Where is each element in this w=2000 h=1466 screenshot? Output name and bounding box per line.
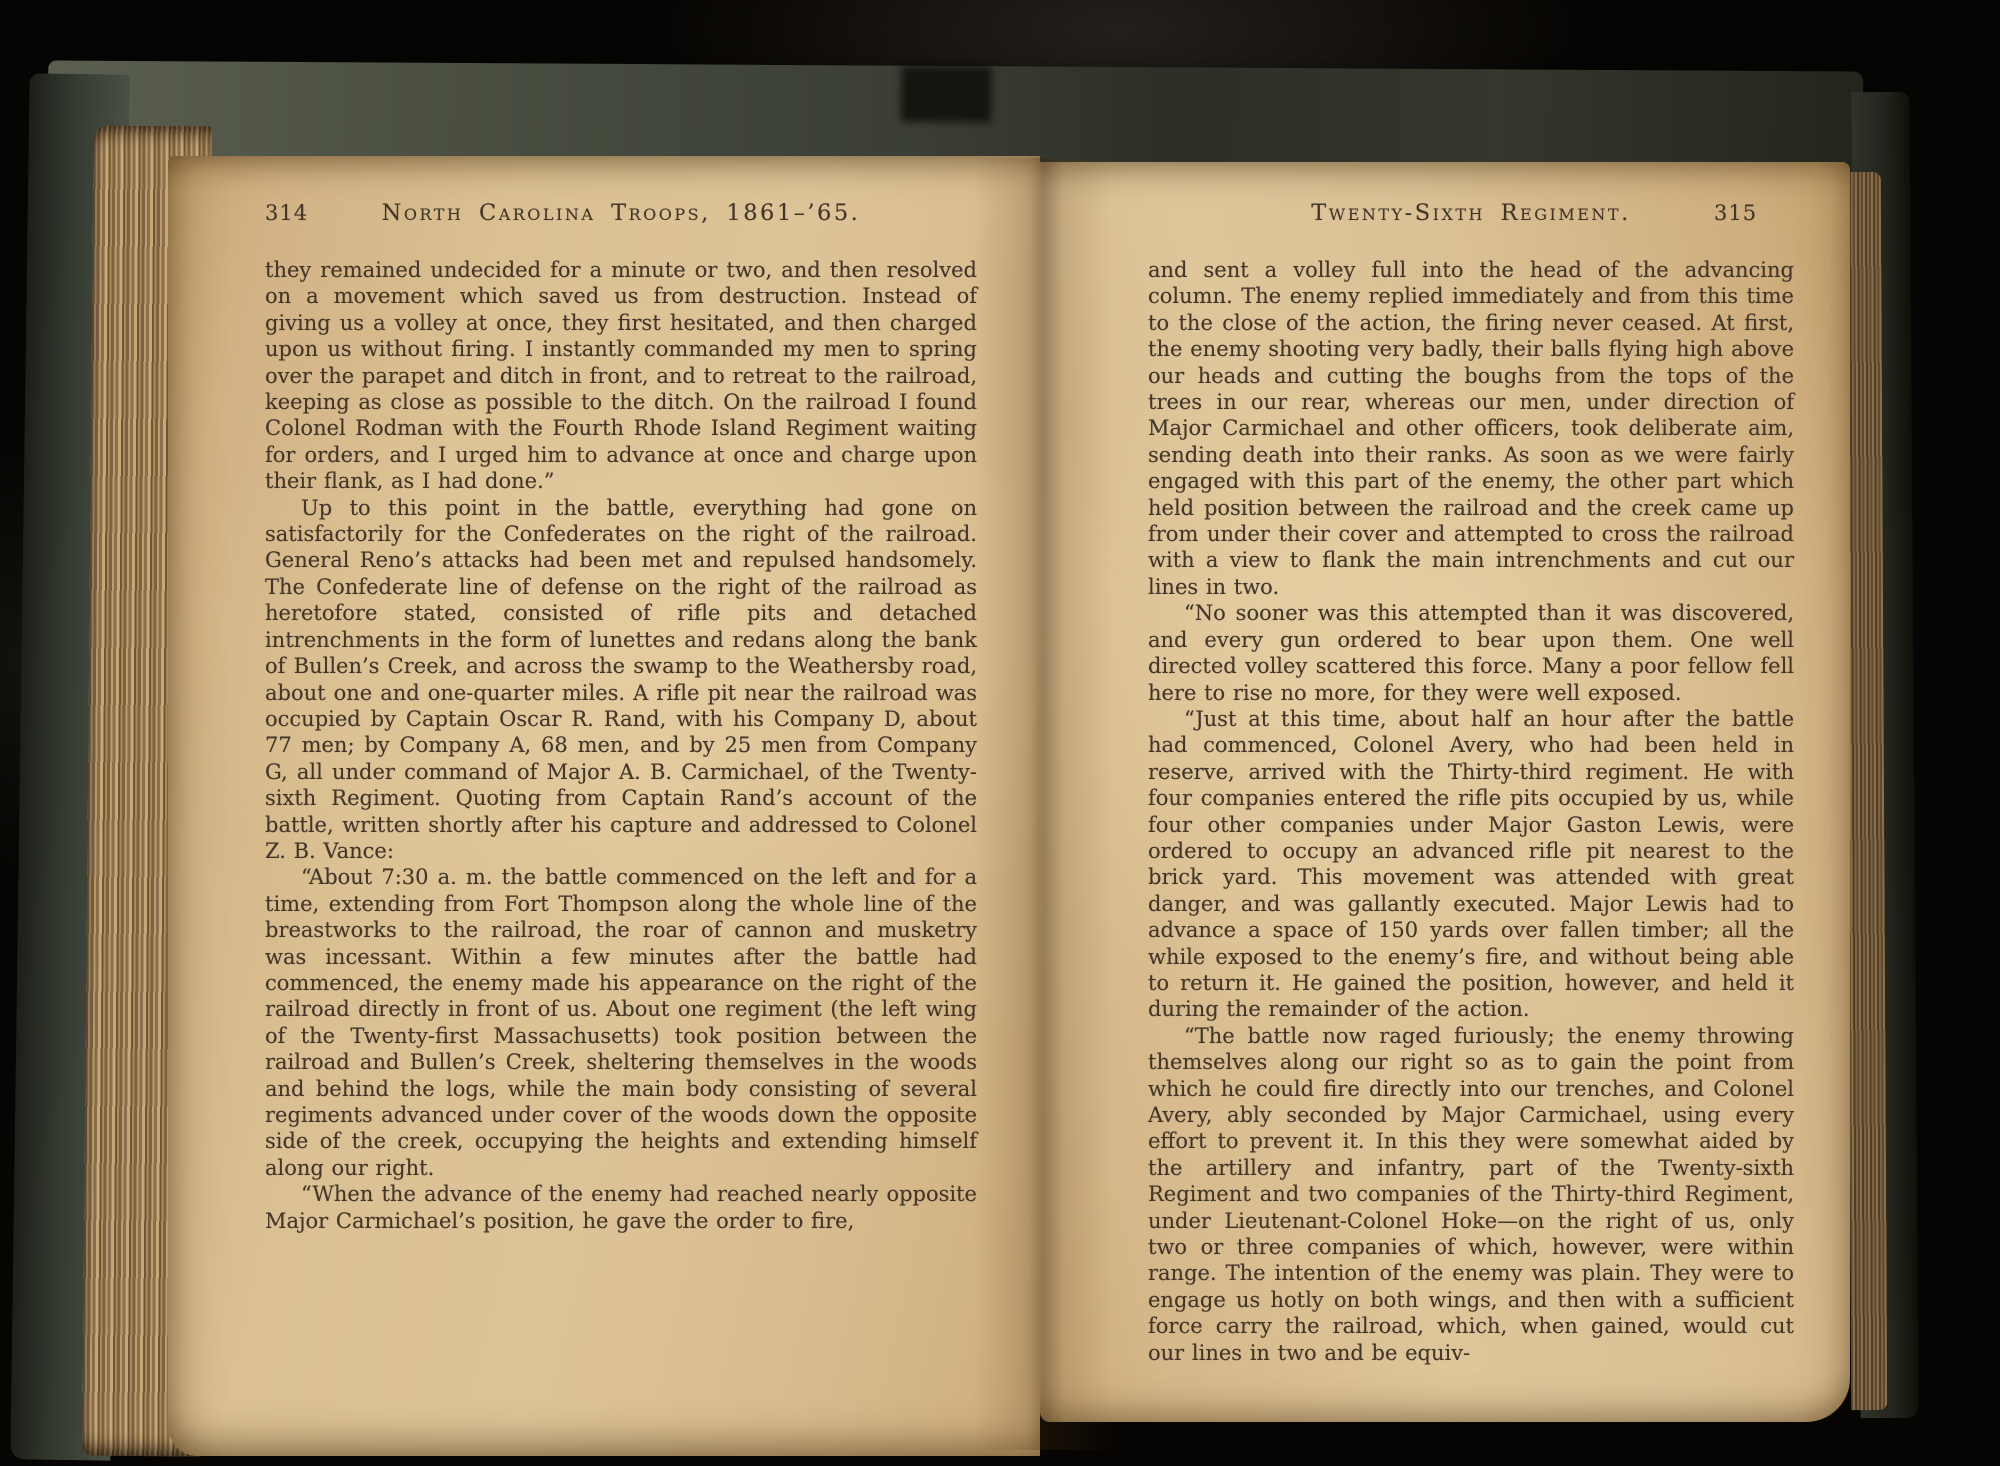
right-page-number: 315: [1714, 201, 1794, 225]
paragraph: and sent a volley full into the head of …: [1148, 257, 1794, 600]
paragraph: “About 7:30 a. m. the battle commenced o…: [265, 864, 977, 1181]
right-page-body: and sent a volley full into the head of …: [1148, 257, 1794, 1366]
right-page-text-block: Twenty-Sixth Regiment. 315 and sent a vo…: [1148, 200, 1794, 1366]
right-page-running-header-row: Twenty-Sixth Regiment. 315: [1148, 200, 1794, 226]
right-page-running-title: Twenty-Sixth Regiment.: [1228, 200, 1714, 226]
page-stack-fore-edge-right: [1845, 172, 1887, 1410]
paragraph: Up to this point in the battle, everythi…: [265, 495, 977, 865]
paragraph: “Just at this time, about half an hour a…: [1148, 706, 1794, 1023]
left-page-running-header-row: 314 North Carolina Troops, 1861–’65.: [265, 200, 977, 226]
book-scan-stage: 314 North Carolina Troops, 1861–’65. the…: [0, 0, 2000, 1466]
paragraph: “The battle now raged furiously; the ene…: [1148, 1023, 1794, 1366]
left-page-body: they remained undecided for a minute or …: [265, 257, 977, 1234]
paragraph: “When the advance of the enemy had reach…: [265, 1181, 977, 1234]
left-page-number: 314: [265, 201, 345, 225]
left-page-running-title: North Carolina Troops, 1861–’65.: [345, 200, 897, 226]
left-page-text-block: 314 North Carolina Troops, 1861–’65. the…: [265, 200, 977, 1234]
paragraph: they remained undecided for a minute or …: [265, 257, 977, 495]
paragraph: “No sooner was this attempted than it wa…: [1148, 600, 1794, 706]
